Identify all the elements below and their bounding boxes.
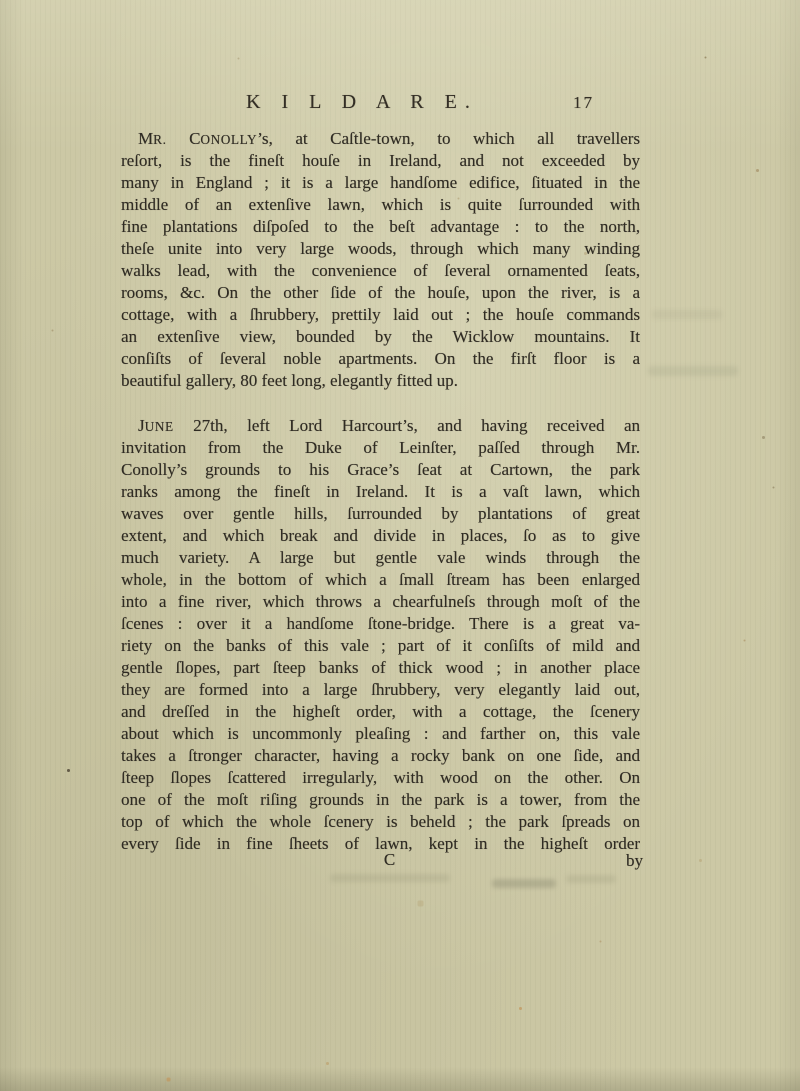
small-caps-text: UNE xyxy=(145,419,174,434)
body-text: J xyxy=(138,416,145,435)
text-line: into a fine river, which throws a chearf… xyxy=(121,591,640,613)
text-line: conſiſts of ſeveral noble apartments. On… xyxy=(121,348,640,370)
ink-bleedthrough xyxy=(330,874,450,882)
page-number: 17 xyxy=(573,93,594,113)
text-line: walks lead, with the convenience of ſeve… xyxy=(121,260,640,282)
text-line: and dreſſed in the higheſt order, with a… xyxy=(121,701,640,723)
text-line: ſteep ſlopes ſcattered irregularly, with… xyxy=(121,767,640,789)
ink-bleedthrough xyxy=(652,310,722,319)
text-line: waves over gentle hills, ſurrounded by p… xyxy=(121,503,640,525)
body-text: 27th, left Lord Harcourt’s, and having r… xyxy=(174,416,640,435)
ink-bleedthrough xyxy=(648,366,738,376)
text-line: ſcenes : over it a handſome ſtone-bridge… xyxy=(121,613,640,635)
text-line: middle of an extenſive lawn, which is qu… xyxy=(121,194,640,216)
text-line: gentle ſlopes, part ſteep banks of thick… xyxy=(121,657,640,679)
ink-bleedthrough xyxy=(492,879,556,888)
signature-mark: C xyxy=(366,849,395,871)
text-line: riety on the banks of this vale ; part o… xyxy=(121,635,640,657)
text-line: invitation from the Duke of Leinſter, pa… xyxy=(121,437,640,459)
text-line: one of the moſt riſing grounds in the pa… xyxy=(121,789,640,811)
paragraph-2: JUNE 27th, left Lord Harcourt’s, and hav… xyxy=(121,415,640,855)
small-caps-text: ONOLLY xyxy=(200,132,257,147)
text-line: many in England ; it is a large handſome… xyxy=(121,172,640,194)
text-line: whole, in the bottom of which a ſmall ſt… xyxy=(121,569,640,591)
text-line: an extenſive view, bounded by the Wicklo… xyxy=(121,326,640,348)
text-line: fine plantations diſpoſed to the beſt ad… xyxy=(121,216,640,238)
running-header: K I L D A R E. 17 xyxy=(121,91,640,117)
text-line: beautiful gallery, 80 feet long, elegant… xyxy=(121,370,640,392)
text-line: theſe unite into very large woods, throu… xyxy=(121,238,640,260)
text-block: MR. CONOLLY’s, at Caſtle-town, to which … xyxy=(121,128,640,855)
body-text: C xyxy=(166,129,200,148)
text-line: cottage, with a ſhrubbery, prettily laid… xyxy=(121,304,640,326)
small-caps-text: R. xyxy=(153,132,166,147)
body-text: ’s, at Caſtle-town, to which all travell… xyxy=(257,129,640,148)
text-line: MR. CONOLLY’s, at Caſtle-town, to which … xyxy=(121,128,640,150)
chapter-title: K I L D A R E. xyxy=(246,91,478,114)
text-line: takes a ſtronger character, having a roc… xyxy=(121,745,640,767)
text-line: rooms, &c. On the other ſide of the houſ… xyxy=(121,282,640,304)
body-text: M xyxy=(138,129,153,148)
text-line: reſort, is the fineſt houſe in Ireland, … xyxy=(121,150,640,172)
text-line: about which is uncommonly pleaſing : and… xyxy=(121,723,640,745)
paragraph-1: MR. CONOLLY’s, at Caſtle-town, to which … xyxy=(121,128,640,392)
catchword: by xyxy=(626,850,643,872)
foxing-spots xyxy=(0,0,1,1)
signature-line: C by xyxy=(121,849,640,871)
text-line: ranks among the fineſt in Ireland. It is… xyxy=(121,481,640,503)
text-line: they are formed into a large ſhrubbery, … xyxy=(121,679,640,701)
text-line: Conolly’s grounds to his Grace’s ſeat at… xyxy=(121,459,640,481)
book-page-scan: K I L D A R E. 17 MR. CONOLLY’s, at Caſt… xyxy=(0,0,800,1091)
text-line: JUNE 27th, left Lord Harcourt’s, and hav… xyxy=(121,415,640,437)
ink-bleedthrough xyxy=(566,875,616,883)
text-line: top of which the whole ſcenery is beheld… xyxy=(121,811,640,833)
text-line: extent, and which break and divide in pl… xyxy=(121,525,640,547)
text-line: much variety. A large but gentle vale wi… xyxy=(121,547,640,569)
